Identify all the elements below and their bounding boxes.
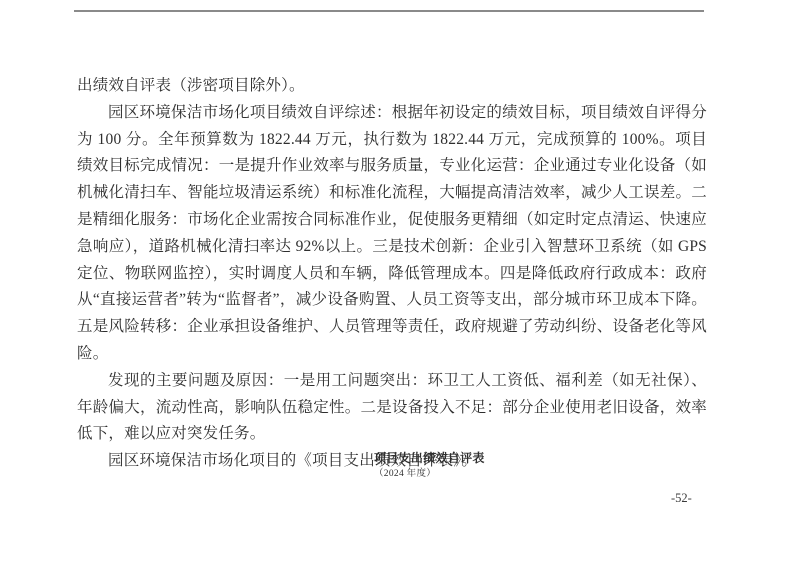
table-caption-title: 项目支出绩效自评表 [374, 451, 485, 466]
paragraph-self-evaluation-summary: 园区环境保洁市场化项目绩效自评综述：根据年初设定的绩效目标，项目绩效自评得分为 … [77, 100, 707, 368]
document-body: 出绩效自评表（涉密项目除外）。 园区环境保洁市场化项目绩效自评综述：根据年初设定… [77, 73, 707, 475]
table-caption-subtitle: （2024 年度） [374, 468, 485, 480]
header-divider-line [74, 10, 704, 12]
paragraph-problems-and-causes: 发现的主要问题及原因：一是用工问题突出：环卫工人工资低、福利差（如无社保）、年龄… [77, 368, 707, 448]
document-page: 出绩效自评表（涉密项目除外）。 园区环境保洁市场化项目绩效自评综述：根据年初设定… [0, 0, 800, 565]
table-caption: 项目支出绩效自评表 （2024 年度） [374, 451, 485, 480]
paragraph-continuation: 出绩效自评表（涉密项目除外）。 [77, 73, 707, 100]
page-number: -52- [671, 491, 692, 505]
